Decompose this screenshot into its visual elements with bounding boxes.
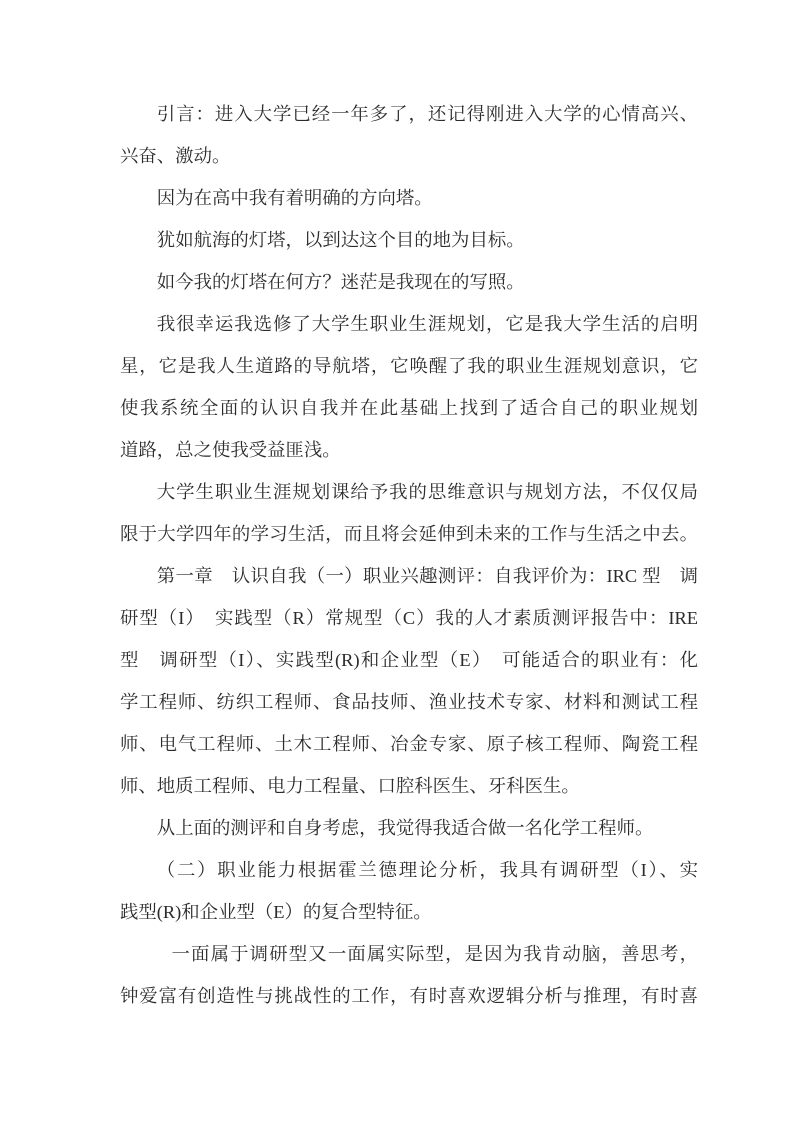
text-line: 犹如航海的灯塔，以到达这个目的地为目标。	[120, 219, 698, 261]
document-body: 引言：进入大学已经一年多了，还记得刚进入大学的心情高兴、兴奋、激动。因为在高中我…	[120, 93, 698, 1017]
text-line: 研型（I） 实践型（R）常规型（C）我的人才素质测评报告中：IRE	[120, 597, 698, 639]
text-line: 使我系统全面的认识自我并在此基础上找到了适合自己的职业规划	[120, 387, 698, 429]
text-line: 师、电气工程师、土木工程师、冶金专家、原子核工程师、陶瓷工程	[120, 723, 698, 765]
text-line: 我很幸运我选修了大学生职业生涯规划，它是我大学生活的启明	[120, 303, 698, 345]
document-page: 引言：进入大学已经一年多了，还记得刚进入大学的心情高兴、兴奋、激动。因为在高中我…	[0, 0, 793, 1122]
text-line: 践型(R)和企业型（E）的复合型特征。	[120, 891, 698, 933]
text-line: 从上面的测评和自身考虑，我觉得我适合做一名化学工程师。	[120, 807, 698, 849]
text-line: 限于大学四年的学习生活，而且将会延伸到未来的工作与生活之中去。	[120, 513, 698, 555]
text-line: （二）职业能力根据霍兰德理论分析，我具有调研型（I）、实	[120, 849, 698, 891]
text-line: 道路，总之使我受益匪浅。	[120, 429, 698, 471]
text-line: 钟爱富有创造性与挑战性的工作，有时喜欢逻辑分析与推理，有时喜	[120, 975, 698, 1017]
text-line: 大学生职业生涯规划课给予我的思维意识与规划方法，不仅仅局	[120, 471, 698, 513]
text-line: 星，它是我人生道路的导航塔，它唤醒了我的职业生涯规划意识，它	[120, 345, 698, 387]
text-line: 师、地质工程师、电力工程量、口腔科医生、牙科医生。	[120, 765, 698, 807]
text-line: 如今我的灯塔在何方？迷茫是我现在的写照。	[120, 261, 698, 303]
text-line: 引言：进入大学已经一年多了，还记得刚进入大学的心情高兴、	[120, 93, 698, 135]
text-line: 第一章 认识自我（一）职业兴趣测评：自我评价为：IRC 型 调	[120, 555, 698, 597]
text-line: 兴奋、激动。	[120, 135, 698, 177]
text-line: 一面属于调研型又一面属实际型，是因为我肯动脑，善思考，	[120, 933, 698, 975]
text-line: 学工程师、纺织工程师、食品技师、渔业技术专家、材料和测试工程	[120, 681, 698, 723]
text-line: 因为在高中我有着明确的方向塔。	[120, 177, 698, 219]
text-line: 型 调研型（I）、实践型(R)和企业型（E） 可能适合的职业有：化	[120, 639, 698, 681]
